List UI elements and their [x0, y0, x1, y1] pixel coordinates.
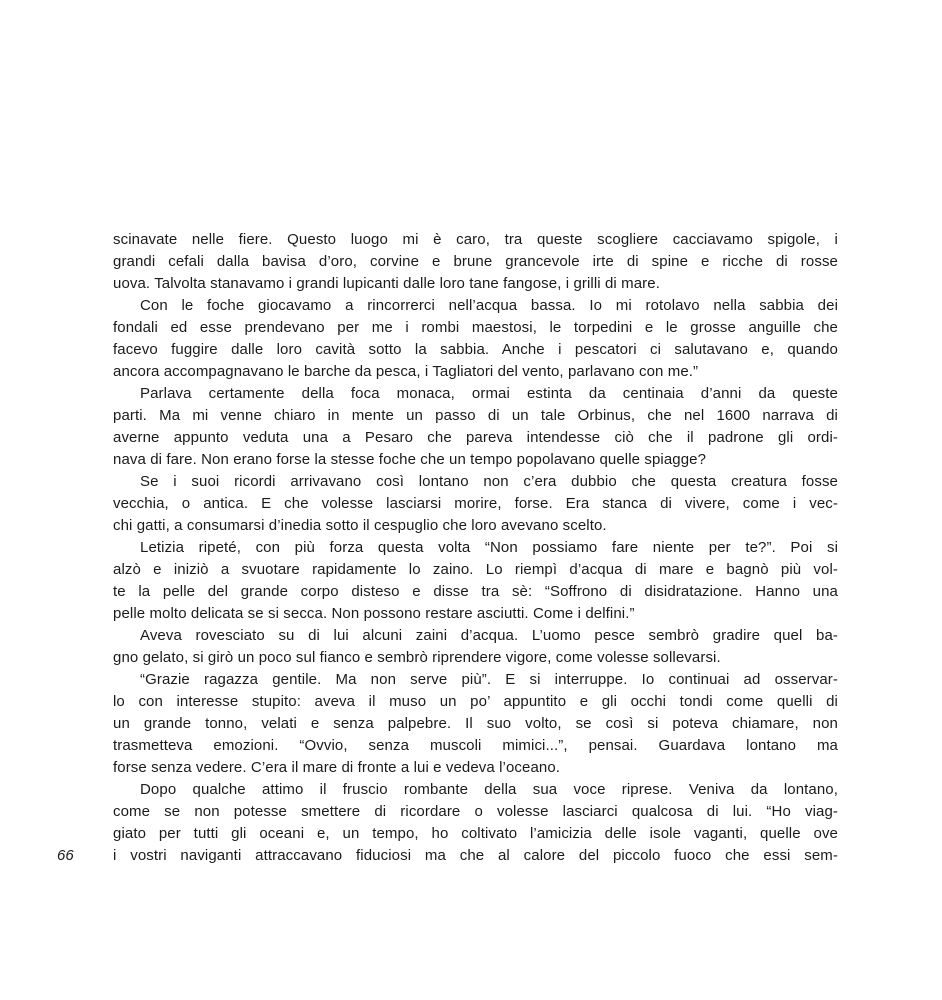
text-line: forse senza vedere. C’era il mare di fro… — [113, 757, 838, 779]
book-page: scinavate nelle fiere. Questo luogo mi è… — [0, 0, 942, 1000]
text-line: gno gelato, si girò un poco sul fianco e… — [113, 647, 838, 669]
text-line: alzò e iniziò a svuotare rapidamente lo … — [113, 559, 838, 581]
text-line: nava di fare. Non erano forse la stesse … — [113, 449, 838, 471]
text-line: Letizia ripeté, con più forza questa vol… — [113, 537, 838, 559]
text-line: giato per tutti gli oceani e, un tempo, … — [113, 823, 838, 845]
text-line: uova. Talvolta stanavamo i grandi lupica… — [113, 273, 838, 295]
text-line: facevo fuggire dalle loro cavità sotto l… — [113, 339, 838, 361]
text-line: un grande tonno, velati e senza palpebre… — [113, 713, 838, 735]
text-line: come se non potesse smettere di ricordar… — [113, 801, 838, 823]
text-line: scinavate nelle fiere. Questo luogo mi è… — [113, 229, 838, 251]
text-line: vecchia, o antica. E che volesse lasciar… — [113, 493, 838, 515]
text-line: lo con interesse stupito: aveva il muso … — [113, 691, 838, 713]
body-text: scinavate nelle fiere. Questo luogo mi è… — [113, 229, 838, 867]
text-line: te la pelle del grande corpo disteso e d… — [113, 581, 838, 603]
text-line: ancora accompagnavano le barche da pesca… — [113, 361, 838, 383]
page-number: 66 — [57, 845, 97, 867]
text-line: i vostri naviganti attraccavano fiducios… — [113, 845, 838, 867]
text-line: Parlava certamente della foca monaca, or… — [113, 383, 838, 405]
text-line: grandi cefali dalla bavisa d’oro, corvin… — [113, 251, 838, 273]
text-line: Con le foche giocavamo a rincorrerci nel… — [113, 295, 838, 317]
text-line: Se i suoi ricordi arrivavano così lontan… — [113, 471, 838, 493]
text-line: Aveva rovesciato su di lui alcuni zaini … — [113, 625, 838, 647]
text-line: Dopo qualche attimo il fruscio rombante … — [113, 779, 838, 801]
text-line: averne appunto veduta una a Pesaro che p… — [113, 427, 838, 449]
text-line: trasmetteva emozioni. “Ovvio, senza musc… — [113, 735, 838, 757]
text-line: pelle molto delicata se si secca. Non po… — [113, 603, 838, 625]
text-line: fondali ed esse prendevano per me i romb… — [113, 317, 838, 339]
text-line: “Grazie ragazza gentile. Ma non serve pi… — [113, 669, 838, 691]
text-line: parti. Ma mi venne chiaro in mente un pa… — [113, 405, 838, 427]
text-line: chi gatti, a consumarsi d’inedia sotto i… — [113, 515, 838, 537]
